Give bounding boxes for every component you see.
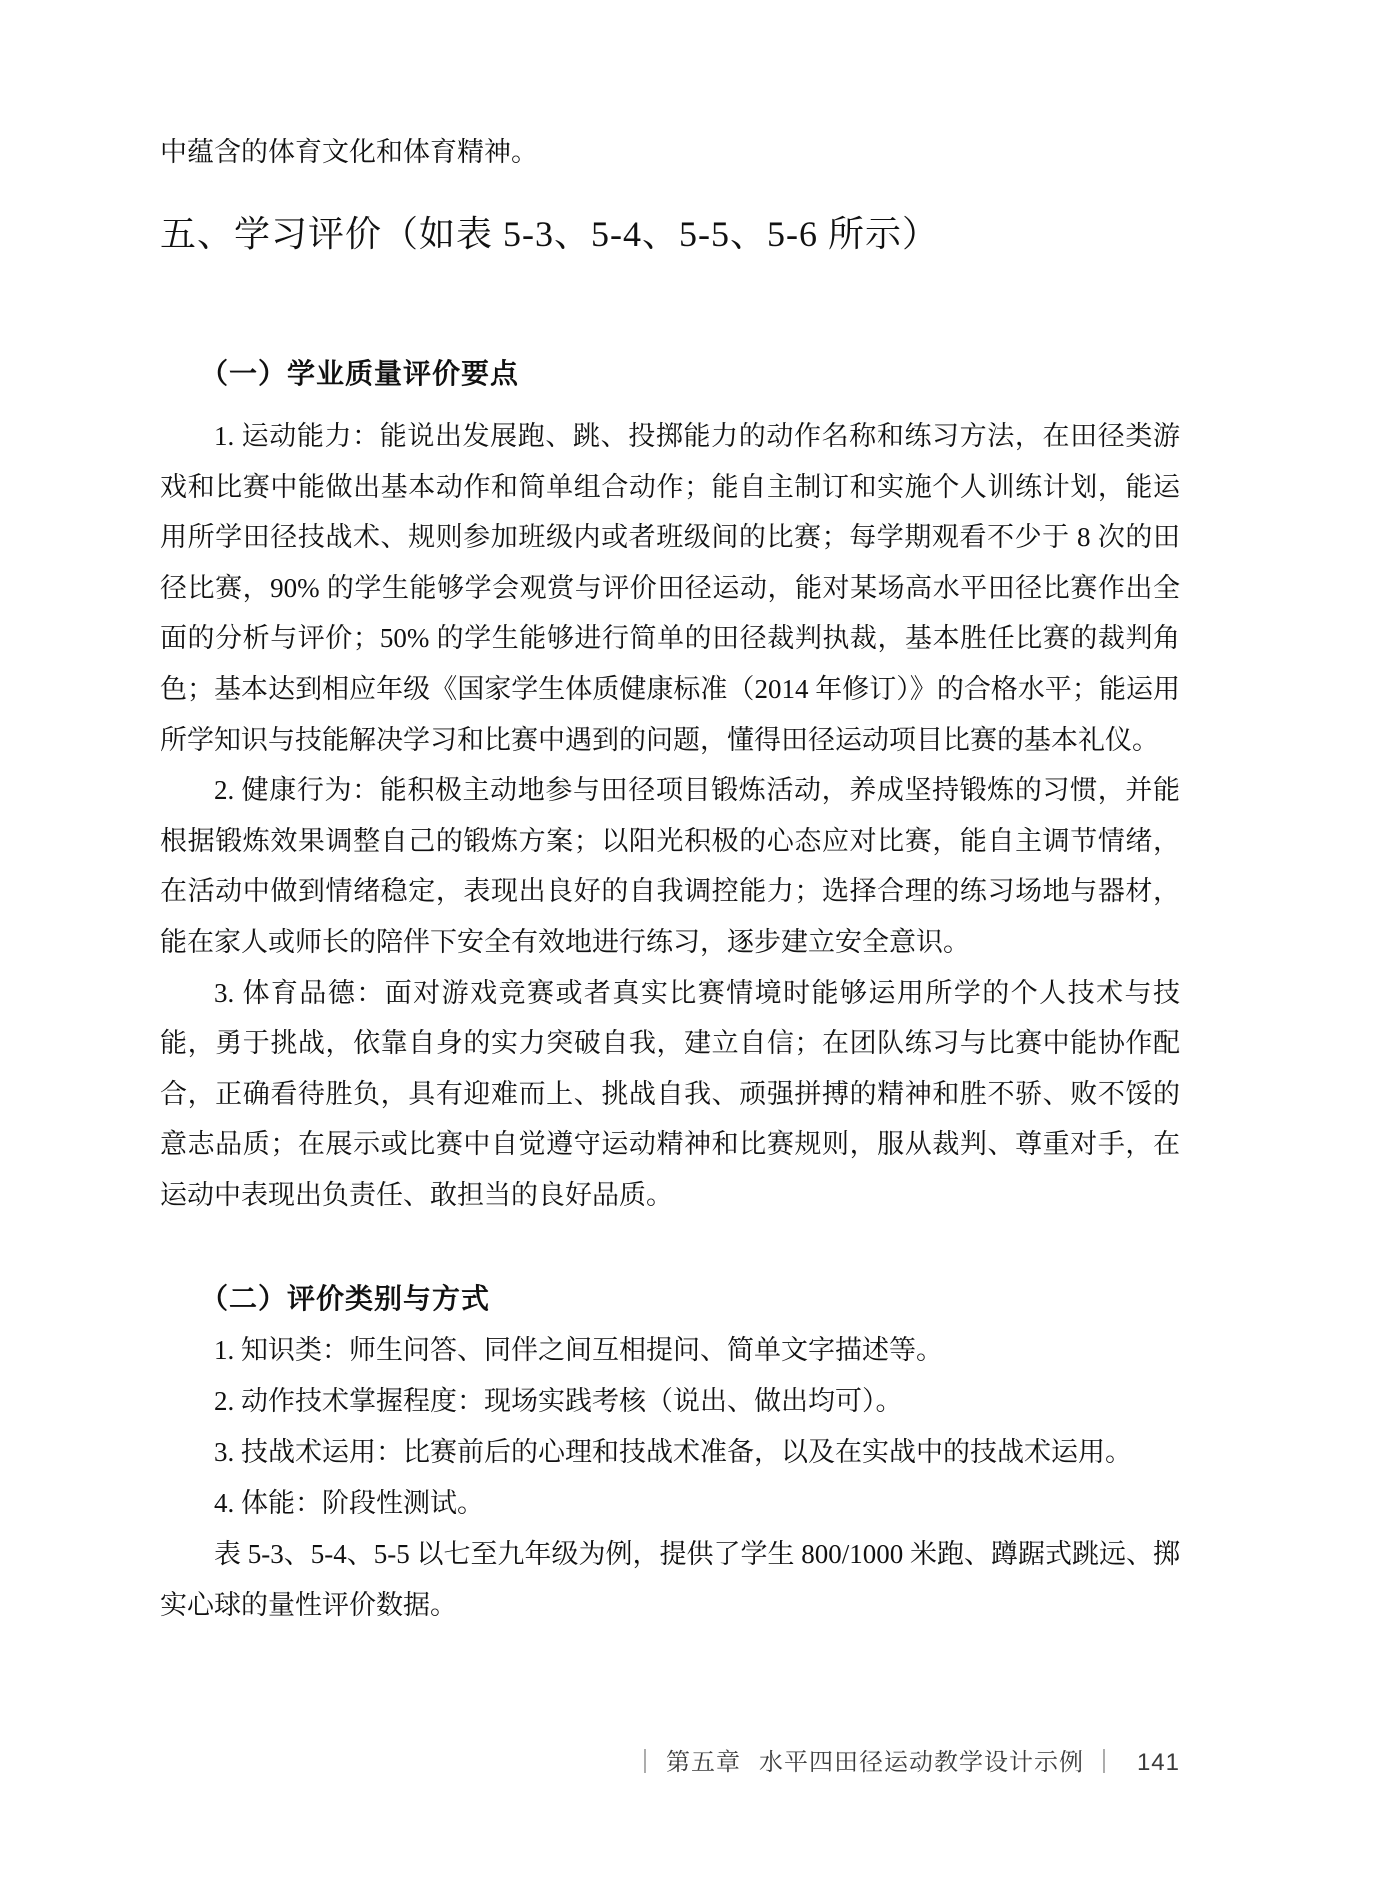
subsection-title-evaluation-types-methods: （二）评价类别与方式 bbox=[160, 1277, 1180, 1317]
section-heading-learning-evaluation: 五、学习评价（如表 5-3、5-4、5-5、5-6 所示） bbox=[160, 206, 1280, 257]
document-page: 中蕴含的体育文化和体育精神。 五、学习评价（如表 5-3、5-4、5-5、5-6… bbox=[0, 0, 1374, 1891]
list-item-tactics-application: 3. 技战术运用：比赛前后的心理和技战术准备，以及在实战中的技战术运用。 bbox=[160, 1427, 1180, 1478]
page-footer: ｜第五章水平四田径运动教学设计示例｜141 bbox=[625, 1742, 1180, 1777]
continuation-paragraph: 中蕴含的体育文化和体育精神。 bbox=[160, 136, 1180, 168]
closing-paragraph: 表 5-3、5-4、5-5 以七至九年级为例，提供了学生 800/1000 米跑… bbox=[160, 1529, 1180, 1631]
section1-body: 1. 运动能力：能说出发展跑、跳、投掷能力的动作名称和练习方法，在田径类游戏和比… bbox=[160, 411, 1180, 1221]
subsection-title-quality-evaluation-points: （一）学业质量评价要点 bbox=[160, 352, 1180, 392]
list-item-technique-mastery: 2. 动作技术掌握程度：现场实践考核（说出、做出均可）。 bbox=[160, 1376, 1180, 1427]
paragraph-sports-morality: 3. 体育品德：面对游戏竞赛或者真实比赛情境时能够运用所学的个人技术与技能，勇于… bbox=[160, 968, 1180, 1221]
page-number: 141 bbox=[1125, 1749, 1180, 1776]
paragraph-health-behavior: 2. 健康行为：能积极主动地参与田径项目锻炼活动，养成坚持锻炼的习惯，并能根据锻… bbox=[160, 765, 1180, 967]
footer-chapter-title: 水平四田径运动教学设计示例 bbox=[759, 1749, 1084, 1776]
list-item-physical-fitness: 4. 体能：阶段性测试。 bbox=[160, 1478, 1180, 1529]
footer-chapter-label: 第五章 bbox=[666, 1749, 759, 1776]
section2-body: 1. 知识类：师生问答、同伴之间互相提问、简单文字描述等。 2. 动作技术掌握程… bbox=[160, 1325, 1180, 1631]
footer-separator-left: ｜ bbox=[625, 1749, 666, 1776]
list-item-knowledge: 1. 知识类：师生问答、同伴之间互相提问、简单文字描述等。 bbox=[160, 1325, 1180, 1376]
paragraph-motor-ability: 1. 运动能力：能说出发展跑、跳、投掷能力的动作名称和练习方法，在田径类游戏和比… bbox=[160, 411, 1180, 765]
footer-separator-right: ｜ bbox=[1084, 1749, 1125, 1776]
